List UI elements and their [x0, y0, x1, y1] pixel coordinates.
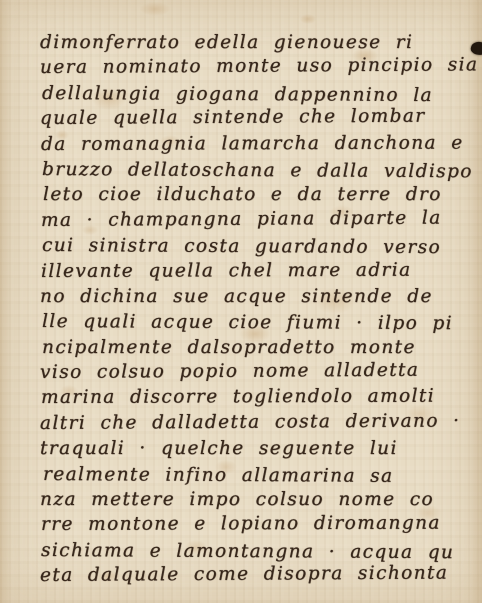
manuscript-line: no dichina sue acque sintende de — [40, 284, 472, 309]
manuscript-line: dimonferrato edella gienouese ri — [40, 30, 472, 55]
paper-stain — [140, 2, 170, 16]
manuscript-line: viso colsuo popio nome alladetta — [40, 357, 472, 385]
manuscript-line: da romanagnia lamarcha danchona e — [41, 130, 472, 157]
manuscript-line: lle quali acque cioe fiumi · ilpo pi — [42, 309, 472, 337]
manuscript-line: rre montone e lopiano diromangna — [41, 511, 472, 538]
manuscript-line: eta dalquale come disopra sichonta — [40, 561, 472, 589]
manuscript-page: dimonferrato edella gienouese ri uera no… — [0, 0, 482, 603]
paper-stain — [300, 14, 316, 24]
manuscript-line: ma · champangna piana diparte la — [41, 205, 472, 233]
manuscript-line: uera nominato monte uso pincipio sia — [40, 53, 472, 81]
manuscript-line: cui sinistra costa guardando verso — [42, 233, 472, 261]
manuscript-line: altri che dalladetta costa derivano · — [40, 408, 472, 436]
manuscript-line: ncipalmente dalsopradetto monte — [42, 335, 472, 360]
manuscript-line: leto cioe ilduchato e da terre dro — [43, 182, 472, 207]
manuscript-line: marina discorre togliendolo amolti — [41, 384, 472, 411]
manuscript-line: bruzzo dellatoschana e dalla valdispo — [42, 157, 472, 185]
manuscript-line: quale quella sintende che lombar — [40, 104, 472, 132]
manuscript-line: traquali · quelche seguente lui — [40, 436, 472, 461]
manuscript-line: illevante quella chel mare adria — [41, 257, 472, 284]
manuscript-line: nza mettere impo colsuo nome co — [40, 487, 472, 512]
manuscript-line: realmente infino allamarina sa — [43, 462, 472, 490]
handwritten-text-block: dimonferrato edella gienouese ri uera no… — [40, 30, 472, 589]
